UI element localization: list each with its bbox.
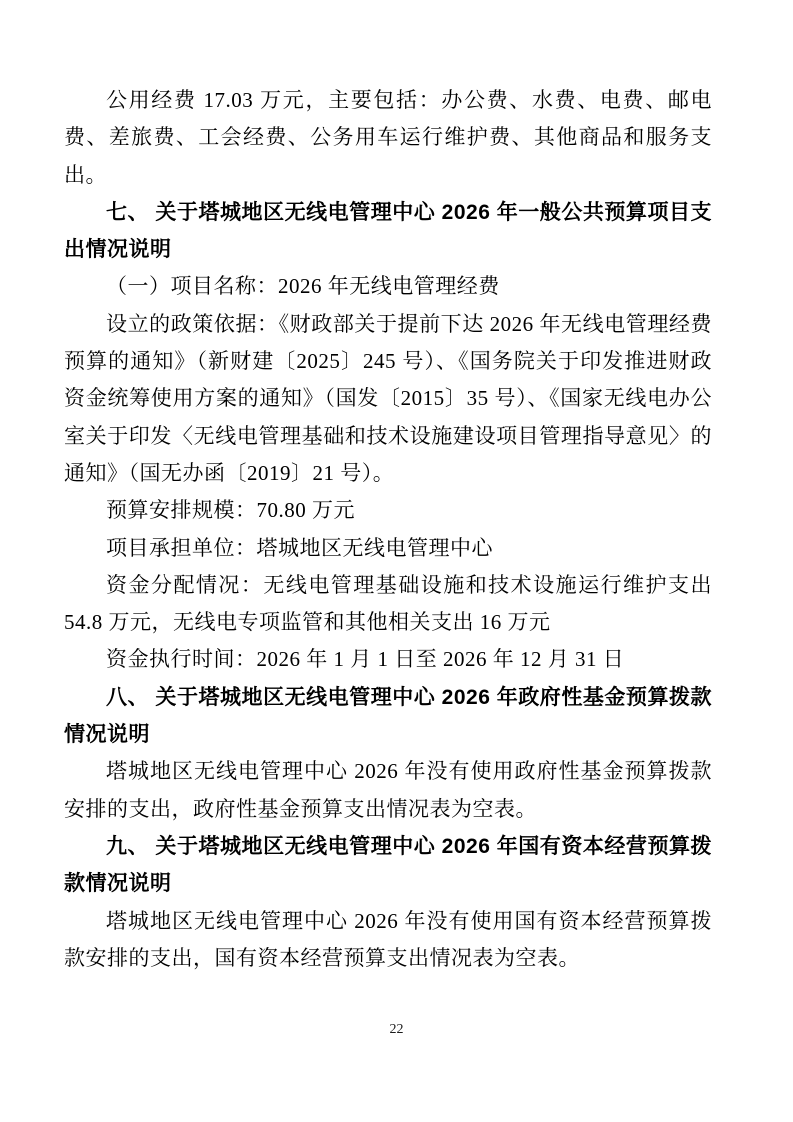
paragraph-project-name: （一）项目名称：2026 年无线电管理经费	[64, 268, 712, 305]
paragraph-undertaking-unit: 项目承担单位：塔城地区无线电管理中心	[64, 530, 712, 567]
section-heading-8-government-fund: 八、 关于塔城地区无线电管理中心 2026 年政府性基金预算拨款情况说明	[64, 679, 712, 754]
paragraph-budget-scale: 预算安排规模：70.80 万元	[64, 492, 712, 529]
paragraph-fund-allocation: 资金分配情况：无线电管理基础设施和技术设施运行维护支出 54.8 万元，无线电专…	[64, 567, 712, 642]
paragraph-public-expenses: 公用经费 17.03 万元，主要包括：办公费、水费、电费、邮电费、差旅费、工会经…	[64, 82, 712, 194]
paragraph-government-fund-note: 塔城地区无线电管理中心 2026 年没有使用政府性基金预算拨款安排的支出，政府性…	[64, 753, 712, 828]
paragraph-policy-basis: 设立的政策依据：《财政部关于提前下达 2026 年无线电管理经费预算的通知》（新…	[64, 306, 712, 492]
page-footer: 22	[0, 1020, 793, 1038]
document-content: 公用经费 17.03 万元，主要包括：办公费、水费、电费、邮电费、差旅费、工会经…	[64, 82, 712, 977]
paragraph-state-capital-note: 塔城地区无线电管理中心 2026 年没有使用国有资本经营预算拨款安排的支出，国有…	[64, 903, 712, 978]
paragraph-execution-period: 资金执行时间：2026 年 1 月 1 日至 2026 年 12 月 31 日	[64, 641, 712, 678]
page-number: 22	[390, 1022, 404, 1037]
document-page: 公用经费 17.03 万元，主要包括：办公费、水费、电费、邮电费、差旅费、工会经…	[0, 0, 793, 1122]
section-heading-9-state-capital: 九、 关于塔城地区无线电管理中心 2026 年国有资本经营预算拨款情况说明	[64, 828, 712, 903]
section-heading-7-project-spending: 七、 关于塔城地区无线电管理中心 2026 年一般公共预算项目支出情况说明	[64, 194, 712, 269]
